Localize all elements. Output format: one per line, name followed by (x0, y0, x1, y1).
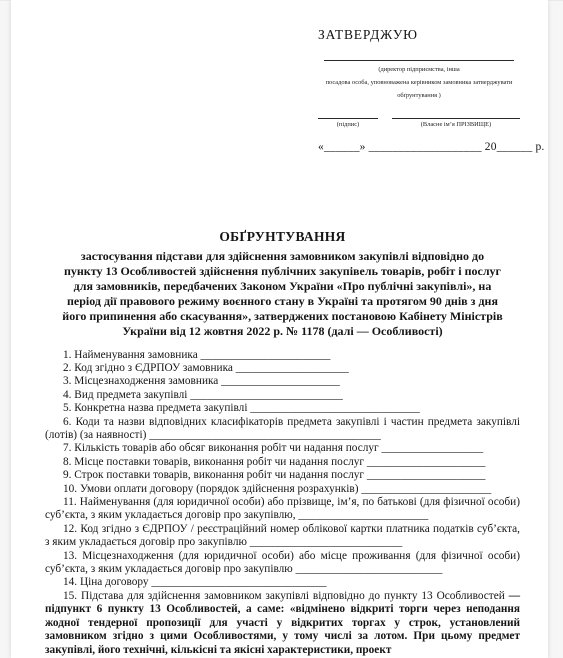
list-item-14: 14. Ціна договору ______________________… (45, 576, 520, 589)
signature-line (318, 118, 378, 119)
page-content: ЗАТВЕРДЖУЮ (директор підприємства, інша … (11, 0, 548, 657)
list-item-3: 3. Місцезнаходження замовника __________… (45, 375, 520, 388)
document-page: ЗАТВЕРДЖУЮ (директор підприємства, інша … (11, 0, 548, 658)
list-item-13: 13. Місцезнаходження (для юридичної особ… (45, 550, 520, 577)
list-item-8: 8. Місце поставки товарів, виконання роб… (45, 456, 520, 469)
authority-caption-line-1: (директор підприємства, інша (318, 63, 520, 76)
name-field: (Власне ім’я ПРІЗВИЩЕ) (392, 118, 520, 128)
list-item-4: 4. Вид предмета закупівлі ______________… (45, 389, 520, 402)
approval-heading: ЗАТВЕРДЖУЮ (318, 27, 520, 43)
document-subtitle: застосування підстави для здійснення зам… (61, 249, 505, 340)
item-15-normal-text: 15. Підстава для здійснення замовником з… (63, 590, 509, 602)
list-item-5: 5. Конкретна назва предмета закупівлі __… (45, 402, 520, 415)
authority-signature-line (324, 60, 514, 61)
document-title: ОБҐРУНТУВАННЯ (45, 229, 520, 245)
authority-caption-line-2: посадова особа, уповноважена керівником … (318, 76, 520, 89)
signature-row: (підпис) (Власне ім’я ПРІЗВИЩЕ) (318, 118, 520, 128)
list-item-11: 11. Найменування (для юридичної особи) а… (45, 496, 520, 523)
list-item-7: 7. Кількість товарів або обсяг виконання… (45, 442, 520, 455)
date-line: «______» ___________________ 20______ р. (318, 141, 520, 153)
approval-block: ЗАТВЕРДЖУЮ (директор підприємства, інша … (318, 27, 520, 153)
signature-caption: (підпис) (318, 121, 378, 128)
name-caption: (Власне ім’я ПРІЗВИЩЕ) (392, 121, 520, 128)
signature-field: (підпис) (318, 118, 378, 128)
list-item-10: 10. Умови оплати договору (порядок здійс… (45, 483, 520, 496)
list-item-6: 6. Коди та назви відповідних класифікато… (45, 416, 520, 443)
list-item-12: 12. Код згідно з ЄДРПОУ / реєстраційний … (45, 523, 520, 550)
list-item-2: 2. Код згідно з ЄДРПОУ замовника _______… (45, 362, 520, 375)
list-item-1: 1. Найменування замовника ______________… (45, 349, 520, 362)
name-line (392, 118, 520, 119)
authority-caption-line-3: обґрунтування ) (318, 89, 520, 102)
items-list: 1. Найменування замовника ______________… (45, 349, 520, 657)
list-item-15: 15. Підстава для здійснення замовником з… (45, 590, 520, 657)
title-block: ОБҐРУНТУВАННЯ застосування підстави для … (45, 229, 520, 340)
list-item-9: 9. Строк поставки товарів, виконання роб… (45, 469, 520, 482)
